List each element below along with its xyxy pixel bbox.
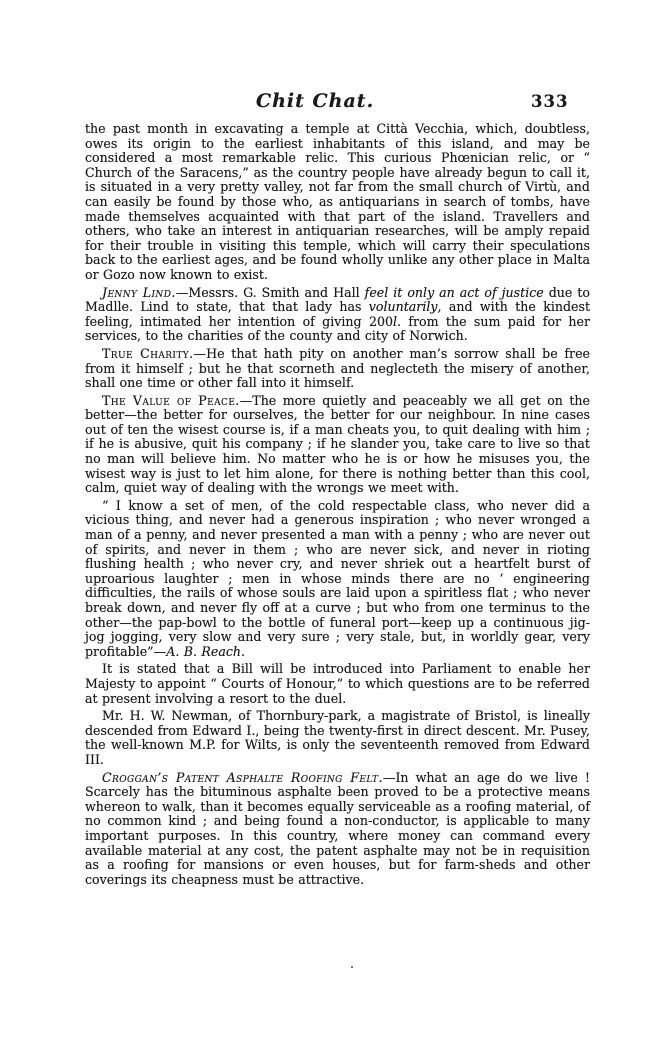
paragraph-quotation-reach: “ I know a set of men, of the cold respe… — [85, 499, 590, 660]
paragraph-lead: The Value of Peace. — [102, 393, 240, 408]
paragraph-text: —The more quietly and peaceably we all g… — [85, 393, 590, 496]
paragraph-newman-pusey: Mr. H. W. Newman, of Thornbury-park, a m… — [85, 709, 590, 767]
paragraph-true-charity: True Charity.—He that hath pity on anoth… — [85, 347, 590, 391]
paragraph-text: Mr. H. W. Newman, of Thornbury-park, a m… — [85, 708, 590, 767]
paragraph-text: “ I know a set of men, of the cold respe… — [85, 498, 590, 659]
paragraph-lead: Croggan’s Patent Asphalte Roofing Felt. — [102, 770, 383, 785]
paragraph-text-italic: A. B. Reach. — [166, 644, 245, 659]
paragraph-croggan-asphalte: Croggan’s Patent Asphalte Roofing Felt.—… — [85, 771, 590, 888]
document-page: Chit Chat. 333 the past month in excavat… — [0, 0, 669, 1044]
paragraph-text-italic: feel it only an act of justice — [365, 285, 544, 300]
paragraph-text: It is stated that a Bill will be introdu… — [85, 661, 590, 705]
paragraph-value-of-peace: The Value of Peace.—The more quietly and… — [85, 394, 590, 496]
paragraph-jenny-lind: Jenny Lind.—Messrs. G. Smith and Hall fe… — [85, 286, 590, 344]
printer-dot-mark — [351, 966, 353, 968]
page-number: 333 — [531, 92, 568, 111]
paragraph-lead: Jenny Lind. — [102, 285, 176, 300]
paragraph-text-italic: voluntarily — [369, 299, 438, 314]
running-title: Chit Chat. — [256, 90, 374, 112]
paragraph-text: the past month in excavating a temple at… — [85, 121, 590, 282]
paragraph-courts-of-honour: It is stated that a Bill will be introdu… — [85, 662, 590, 706]
paragraph-citta-vecchia: the past month in excavating a temple at… — [85, 122, 590, 283]
paragraph-text: —Messrs. G. Smith and Hall — [176, 285, 365, 300]
paragraph-lead: True Charity. — [102, 346, 194, 361]
text-block: the past month in excavating a temple at… — [85, 122, 590, 887]
paragraph-text: —In what an age do we live ! Scarcely ha… — [85, 770, 590, 887]
